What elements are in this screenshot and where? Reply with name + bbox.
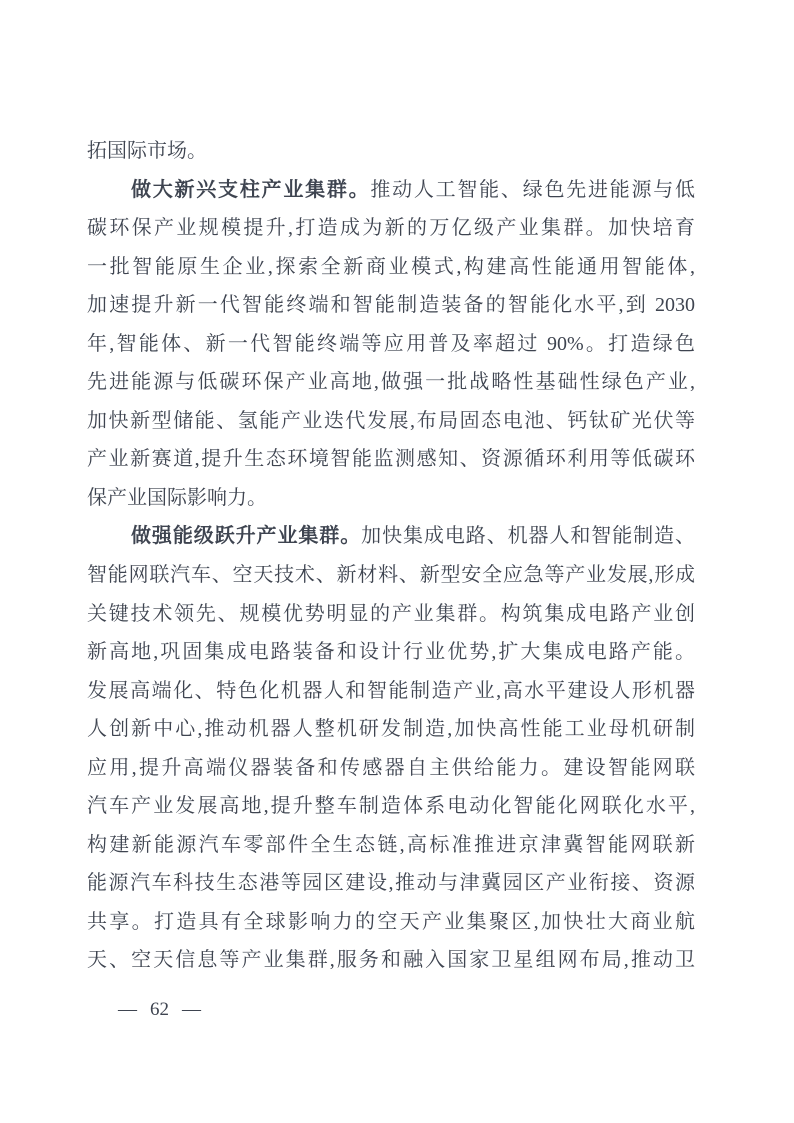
line-text: 能源汽车科技生态港等园区建设,推动与津冀园区产业衔接、资源 xyxy=(87,872,695,894)
text-line: 做大新兴支柱产业集群。推动人工智能、绿色先进能源与低 xyxy=(87,171,695,210)
text-line: 天、空天信息等产业集群,服务和融入国家卫星组网布局,推动卫 xyxy=(87,941,695,980)
text-line: 做强能级跃升产业集群。加快集成电路、机器人和智能制造、 xyxy=(87,517,695,556)
page-footer: — 62 — xyxy=(118,997,201,1023)
paragraph-lead: 做强能级跃升产业集群。 xyxy=(131,525,361,547)
line-text: 一批智能原生企业,探索全新商业模式,构建高性能通用智能体, xyxy=(87,256,695,278)
text-line: 汽车产业发展高地,提升整车制造体系电动化智能化网联化水平, xyxy=(87,787,695,826)
page-number: 62 xyxy=(150,999,169,1021)
text-line: 产业新赛道,提升生态环境智能监测感知、资源循环利用等低碳环 xyxy=(87,440,695,479)
text-line: 构建新能源汽车零部件全生态链,高标准推进京津冀智能网联新 xyxy=(87,826,695,865)
text-line: 共享。打造具有全球影响力的空天产业集聚区,加快壮大商业航 xyxy=(87,903,695,942)
text-line: 智能网联汽车、空天技术、新材料、新型安全应急等产业发展,形成 xyxy=(87,556,695,595)
text-line: 碳环保产业规模提升,打造成为新的万亿级产业集群。加快培育 xyxy=(87,209,695,248)
line-text: 加速提升新一代智能终端和智能制造装备的智能化水平,到 2030 xyxy=(87,294,695,316)
document-page: 拓国际市场。 做大新兴支柱产业集群。推动人工智能、绿色先进能源与低 碳环保产业规… xyxy=(0,0,794,1123)
line-text: 关键技术领先、规模优势明显的产业集群。构筑集成电路产业创 xyxy=(87,603,695,625)
line-text: 推动人工智能、绿色先进能源与低 xyxy=(370,179,695,201)
line-text: 加快新型储能、氢能产业迭代发展,布局固态电池、钙钛矿光伏等 xyxy=(87,410,695,432)
line-text: 保产业国际影响力。 xyxy=(87,487,267,509)
text-line: 应用,提升高端仪器装备和传感器自主供给能力。建设智能网联 xyxy=(87,749,695,788)
line-text: 人创新中心,推动机器人整机研发制造,加快高性能工业母机研制 xyxy=(87,718,695,740)
text-line: 先进能源与低碳环保产业高地,做强一批战略性基础性绿色产业, xyxy=(87,363,695,402)
footer-dash-left: — xyxy=(118,999,137,1021)
line-text: 年,智能体、新一代智能终端等应用普及率超过 90%。打造绿色 xyxy=(87,333,695,355)
text-line: 年,智能体、新一代智能终端等应用普及率超过 90%。打造绿色 xyxy=(87,325,695,364)
text-line: 人创新中心,推动机器人整机研发制造,加快高性能工业母机研制 xyxy=(87,710,695,749)
text-line: 新高地,巩固集成电路装备和设计行业优势,扩大集成电路产能。 xyxy=(87,633,695,672)
line-text: 拓国际市场。 xyxy=(87,140,207,162)
text-line: 关键技术领先、规模优势明显的产业集群。构筑集成电路产业创 xyxy=(87,595,695,634)
line-text: 碳环保产业规模提升,打造成为新的万亿级产业集群。加快培育 xyxy=(87,217,695,239)
text-line: 能源汽车科技生态港等园区建设,推动与津冀园区产业衔接、资源 xyxy=(87,864,695,903)
text-line: 拓国际市场。 xyxy=(87,132,695,171)
line-text: 共享。打造具有全球影响力的空天产业集聚区,加快壮大商业航 xyxy=(87,911,695,933)
line-text: 构建新能源汽车零部件全生态链,高标准推进京津冀智能网联新 xyxy=(87,834,695,856)
line-text: 应用,提升高端仪器装备和传感器自主供给能力。建设智能网联 xyxy=(87,757,695,779)
line-text: 加快集成电路、机器人和智能制造、 xyxy=(361,525,695,547)
line-text: 发展高端化、特色化机器人和智能制造产业,高水平建设人形机器 xyxy=(87,680,695,702)
body-text: 拓国际市场。 做大新兴支柱产业集群。推动人工智能、绿色先进能源与低 碳环保产业规… xyxy=(87,132,695,980)
line-text: 新高地,巩固集成电路装备和设计行业优势,扩大集成电路产能。 xyxy=(87,641,695,663)
line-text: 天、空天信息等产业集群,服务和融入国家卫星组网布局,推动卫 xyxy=(87,949,695,971)
text-line: 加速提升新一代智能终端和智能制造装备的智能化水平,到 2030 xyxy=(87,286,695,325)
paragraph-lead: 做大新兴支柱产业集群。 xyxy=(131,179,370,201)
text-line: 保产业国际影响力。 xyxy=(87,479,695,518)
text-line: 加快新型储能、氢能产业迭代发展,布局固态电池、钙钛矿光伏等 xyxy=(87,402,695,441)
line-text: 产业新赛道,提升生态环境智能监测感知、资源循环利用等低碳环 xyxy=(87,448,695,470)
footer-dash-right: — xyxy=(182,999,201,1021)
line-text: 先进能源与低碳环保产业高地,做强一批战略性基础性绿色产业, xyxy=(87,371,695,393)
text-line: 一批智能原生企业,探索全新商业模式,构建高性能通用智能体, xyxy=(87,248,695,287)
line-text: 汽车产业发展高地,提升整车制造体系电动化智能化网联化水平, xyxy=(87,795,695,817)
text-line: 发展高端化、特色化机器人和智能制造产业,高水平建设人形机器 xyxy=(87,672,695,711)
line-text: 智能网联汽车、空天技术、新材料、新型安全应急等产业发展,形成 xyxy=(87,564,695,586)
